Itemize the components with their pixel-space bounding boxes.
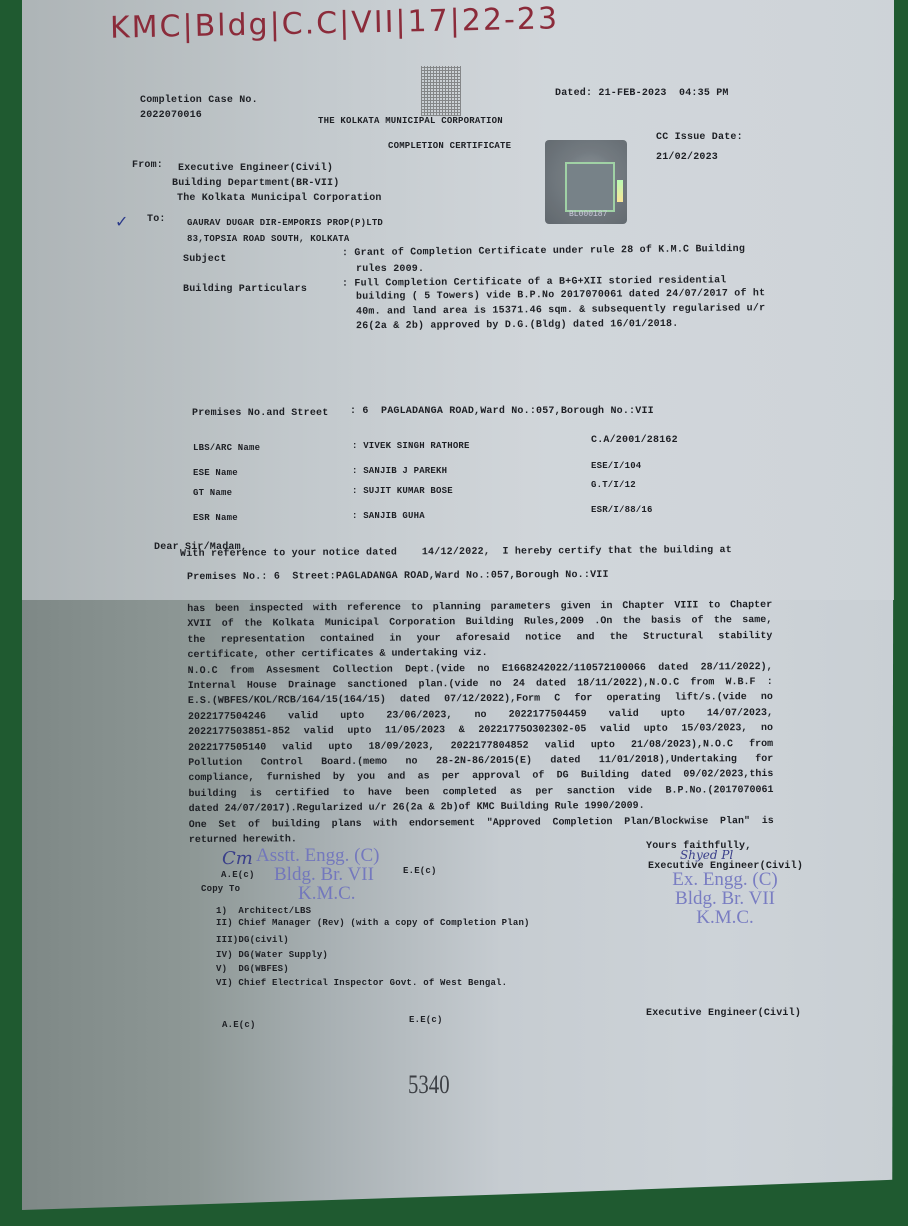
- from-line-2: Building Department(BR-VII): [172, 178, 339, 189]
- premises-label: Premises No.and Street: [192, 408, 328, 419]
- to-line-2: 83,TOPSIA ROAD SOUTH, KOLKATA: [187, 234, 349, 244]
- esr-label: ESR Name: [193, 513, 238, 523]
- copy-to-item-4: IV) DG(Water Supply): [216, 950, 328, 960]
- cc-issue-label: CC Issue Date:: [656, 132, 743, 143]
- signature-right: Shyed Pl: [680, 848, 733, 862]
- gt-name: : SUJIT KUMAR BOSE: [352, 486, 453, 496]
- lbs-name: : VIVEK SINGH RATHORE: [352, 441, 470, 451]
- from-label: From:: [132, 160, 163, 171]
- premises-value: : 6 PAGLADANGA ROAD,Ward No.:057,Borough…: [350, 406, 654, 417]
- particulars-line-4: 26(2a & 2b) approved by D.G.(Bldg) dated…: [356, 319, 679, 332]
- copy-to-item-2: II) Chief Manager (Rev) (with a copy of …: [216, 918, 530, 928]
- signoff-ee: E.E(c): [403, 866, 437, 876]
- kmc-logo-icon: [421, 66, 461, 116]
- hologram-number: BL000187: [569, 210, 607, 219]
- footer-designation: Executive Engineer(Civil): [646, 1008, 801, 1019]
- to-line-1: GAURAV DUGAR DIR-EMPORIS PROP(P)LTD: [187, 218, 383, 228]
- footer-ae: A.E(c): [222, 1020, 256, 1030]
- lbs-label: LBS/ARC Name: [193, 443, 260, 453]
- ese-name: : SANJIB J PAREKH: [352, 466, 447, 476]
- gt-label: GT Name: [193, 488, 232, 498]
- esr-name: : SANJIB GUHA: [352, 511, 425, 521]
- dated: Dated: 21-FEB-2023 04:35 PM: [555, 88, 729, 99]
- copy-to-item-1: 1) Architect/LBS: [216, 906, 311, 916]
- ese-reg: ESE/I/104: [591, 461, 641, 471]
- stamp-ex-engg: Ex. Engg. (C) Bldg. Br. VII K.M.C.: [660, 870, 790, 927]
- checkmark-icon: ✓: [115, 212, 128, 231]
- case-number: 2022070016: [140, 110, 202, 121]
- cc-issue-date: 21/02/2023: [656, 152, 718, 163]
- to-label: To:: [147, 214, 166, 225]
- lbs-reg: C.A/2001/28162: [591, 435, 678, 446]
- footer-ee: E.E(c): [409, 1015, 443, 1025]
- stamp-asstt-engg: Asstt. Engg. (C) Bldg. Br. VII K.M.C.: [256, 846, 380, 903]
- subject-line-2: rules 2009.: [356, 264, 424, 275]
- letter-body: has been inspected with reference to pla…: [187, 598, 774, 849]
- signoff-ae: A.E(c): [221, 870, 255, 880]
- from-line-1: Executive Engineer(Civil): [178, 163, 333, 174]
- copy-to-label: Copy To: [201, 884, 240, 894]
- particulars-label: Building Particulars: [183, 284, 307, 295]
- hologram-seal-icon: BL000187: [545, 140, 627, 224]
- esr-reg: ESR/I/88/16: [591, 505, 653, 515]
- subject-label: Subject: [183, 254, 226, 265]
- ese-label: ESE Name: [193, 468, 238, 478]
- doc-title: COMPLETION CERTIFICATE: [388, 141, 511, 151]
- from-line-3: The Kolkata Municipal Corporation: [177, 193, 382, 204]
- copy-to-item-3: III)DG(civil): [216, 935, 289, 945]
- copy-to-item-5: V) DG(WBFES): [216, 964, 289, 974]
- signature-left: Cm: [222, 848, 253, 869]
- gt-reg: G.T/I/12: [591, 480, 636, 490]
- org-title: THE KOLKATA MUNICIPAL CORPORATION: [318, 116, 503, 126]
- letter-premises: Premises No.: 6 Street:PAGLADANGA ROAD,W…: [187, 570, 609, 583]
- stamp-number: 5340: [408, 1070, 450, 1100]
- copy-to-item-6: VI) Chief Electrical Inspector Govt. of …: [216, 978, 507, 988]
- case-label: Completion Case No.: [140, 95, 258, 106]
